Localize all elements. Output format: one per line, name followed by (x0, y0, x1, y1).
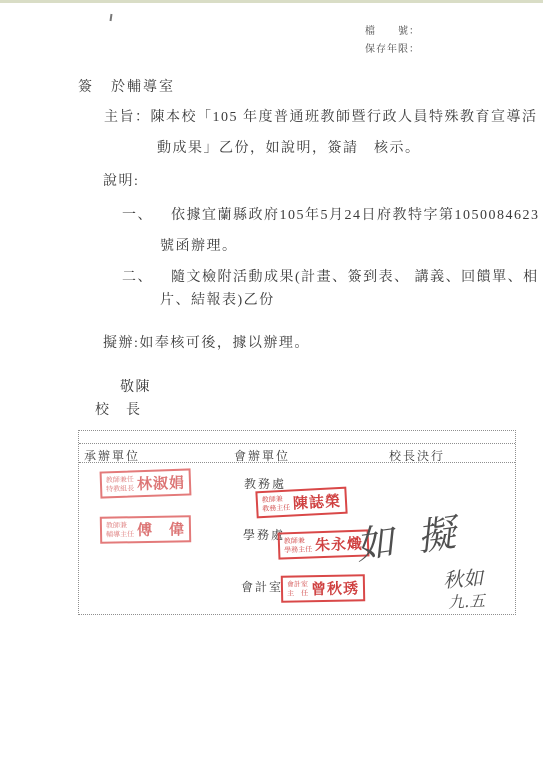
table-top-divider (79, 443, 515, 444)
stamp-title: 教師兼任 特教組長 (106, 476, 135, 493)
stamp-name: 陳誌榮 (292, 490, 341, 513)
handwritten-date: 九.五 (447, 588, 485, 613)
stamp-chen-zhi-rong: 教師兼 教務主任 陳誌榮 (255, 487, 347, 519)
stamp-name: 曾秋琇 (311, 577, 359, 599)
respect-line: 敬陳 (120, 376, 151, 396)
item2-number: 二、 (122, 270, 153, 285)
item1-text-line1: 依據宜蘭縣政府105年5月24日府教特字第1050084623 (171, 208, 540, 223)
scan-speck (110, 14, 113, 21)
stamp-fu-wei: 教師兼 輔導主任 傅 偉 (100, 515, 191, 544)
item2-text-line2: 片、結報表)乙份 (160, 289, 275, 309)
stamp-title: 教師兼 教務主任 (262, 495, 291, 513)
subject-line-1: 主旨：陳本校「105 年度普通班教師暨行政人員特殊教育宣導活 (104, 106, 538, 126)
stamp-title-line2: 教務主任 (262, 503, 290, 513)
scanned-memo-page: 檔 號： 保存年限： 簽 於輔導室 主旨：陳本校「105 年度普通班教師暨行政人… (0, 0, 543, 768)
stamp-zeng-qiu-xiu: 會計室 主 任 曾秋琇 (281, 574, 365, 602)
stamp-title-line2: 特教組長 (106, 484, 134, 493)
scanner-edge-band (0, 0, 543, 3)
item1-text-line2: 號函辦理。 (160, 235, 238, 255)
stamp-title: 會計室 主 任 (287, 581, 308, 597)
proposal-line: 擬辦:如奉核可後，據以辦理。 (103, 332, 310, 352)
unit-label-accounting-office: 會計室 (241, 578, 283, 595)
table-header-divider (79, 462, 515, 463)
stamp-title: 教師兼 學務主任 (284, 537, 313, 554)
item1-number: 一、 (122, 208, 153, 223)
doc-type-label: 簽 (78, 80, 94, 95)
item2-text-line1: 隨文檢附活動成果(計畫、簽到表、 講義、回饋單、相 (171, 270, 539, 285)
header-handling-unit: 承辦單位 (84, 447, 140, 464)
file-number-label: 檔 號： (365, 22, 420, 37)
stamp-name: 林淑娟 (137, 472, 186, 495)
explanation-label: 說明: (103, 170, 139, 190)
stamp-title-line2: 學務主任 (284, 545, 312, 554)
subject-line-2: 動成果」乙份，如說明，簽請 核示。 (157, 137, 421, 157)
principal-line: 校 長 (95, 399, 142, 419)
stamp-title: 教師兼 輔導主任 (106, 522, 134, 539)
stamp-title-line2: 輔導主任 (106, 530, 134, 539)
doc-origin-office: 於輔導室 (111, 80, 175, 95)
stamp-name: 傅 偉 (137, 518, 185, 540)
retention-period-label: 保存年限： (365, 40, 420, 55)
stamp-title-line2: 主 任 (287, 589, 308, 597)
header-co-sign-unit: 會辦單位 (234, 447, 290, 464)
header-principal-decision: 校長決行 (389, 447, 445, 464)
stamp-lin-shu-juan: 教師兼任 特教組長 林淑娟 (100, 468, 192, 498)
